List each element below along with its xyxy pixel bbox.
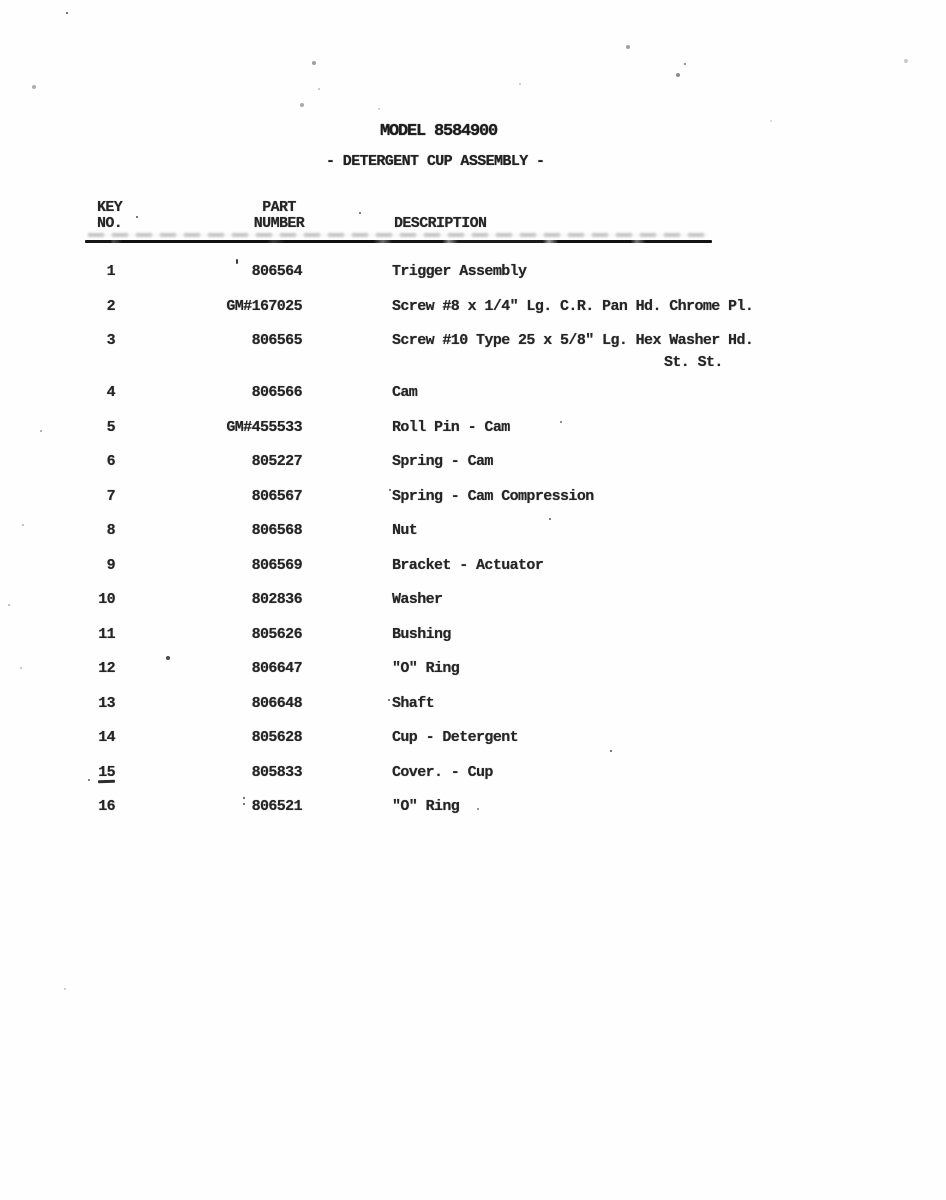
table-row: 4 806566 Cam: [0, 385, 946, 420]
part-number-cell: 806647: [115, 661, 302, 677]
description-cell: Bracket - Actuator: [392, 558, 543, 574]
document-page: MODEL 8584900 - DETERGENT CUP ASSEMBLY -…: [0, 0, 946, 1200]
description-cell: Nut: [392, 523, 417, 539]
description-cell: Cam: [392, 385, 417, 401]
table-row: 1 806564 Trigger Assembly: [0, 264, 946, 299]
key-number-cell: 11: [0, 627, 115, 643]
column-header-description: DESCRIPTION: [394, 215, 486, 232]
column-header-key-no: KEY NO.: [97, 200, 122, 231]
part-number-cell: 806648: [115, 696, 302, 712]
description-cell: "O" Ring: [392, 661, 459, 677]
key-number-cell: 15: [0, 765, 115, 781]
header-key-line1: KEY: [97, 200, 122, 216]
description-cell: Spring - Cam: [392, 454, 493, 470]
table-row: 12 806647 "O" Ring: [0, 661, 946, 696]
key-number-cell: 16: [0, 799, 115, 815]
part-number-cell: 805626: [115, 627, 302, 643]
part-number-cell: 806566: [115, 385, 302, 401]
table-row: 11 805626 Bushing: [0, 627, 946, 662]
table-row: 3 806565 Screw #10 Type 25 x 5/8" Lg. He…: [0, 333, 946, 385]
key-number-cell: 3: [0, 333, 115, 349]
part-number-cell: 806569: [115, 558, 302, 574]
key-number-cell: 2: [0, 299, 115, 315]
description-cell: Cup - Detergent: [392, 730, 518, 746]
table-row: 6 805227 Spring - Cam: [0, 454, 946, 489]
key-number-cell: 10: [0, 592, 115, 608]
header-part-line1: PART: [247, 200, 311, 216]
description-line1: Screw #10 Type 25 x 5/8" Lg. Hex Washer …: [392, 332, 753, 349]
table-row: 15 805833 Cover. - Cup: [0, 765, 946, 800]
description-cell: Spring - Cam Compression: [392, 489, 594, 505]
description-cell: Roll Pin - Cam: [392, 420, 510, 436]
table-row: 10 802836 Washer: [0, 592, 946, 627]
table-row: 14 805628 Cup - Detergent: [0, 730, 946, 765]
scan-tick-mark: [236, 259, 238, 264]
part-number-cell: 805628: [115, 730, 302, 746]
description-line2: St. St.: [664, 355, 753, 371]
description-cell: Shaft: [392, 696, 434, 712]
part-number-cell: GM#455533: [115, 420, 302, 436]
description-cell: Cover. - Cup: [392, 765, 493, 781]
header-rule-smudge: [88, 233, 708, 237]
key-number-cell: 9: [0, 558, 115, 574]
key-number-cell: 6: [0, 454, 115, 470]
description-cell: Screw #10 Type 25 x 5/8" Lg. Hex Washer …: [392, 333, 753, 371]
key-number-cell: 4: [0, 385, 115, 401]
table-row: 2 GM#167025 Screw #8 x 1/4" Lg. C.R. Pan…: [0, 299, 946, 334]
key-number-cell: 1: [0, 264, 115, 280]
key-number-cell: 8: [0, 523, 115, 539]
part-number-cell: 806567: [115, 489, 302, 505]
part-number-cell: 805227: [115, 454, 302, 470]
key-number-cell: 7: [0, 489, 115, 505]
key-number-cell: 12: [0, 661, 115, 677]
header-part-line2: NUMBER: [247, 216, 311, 232]
column-header-part-number: PART NUMBER: [247, 200, 311, 231]
page-subtitle: - DETERGENT CUP ASSEMBLY -: [326, 153, 544, 170]
header-key-line2: NO.: [97, 216, 122, 232]
scan-noise-specks: [0, 0, 2, 2]
key-number-cell: 5: [0, 420, 115, 436]
table-row: 8 806568 Nut: [0, 523, 946, 558]
key-number-cell: 14: [0, 730, 115, 746]
key-number-cell: 13: [0, 696, 115, 712]
part-number-cell: GM#167025: [115, 299, 302, 315]
table-row: 13 806648 Shaft: [0, 696, 946, 731]
part-number-cell: 806521: [115, 799, 302, 815]
table-row: 5 GM#455533 Roll Pin - Cam: [0, 420, 946, 455]
page-title: MODEL 8584900: [380, 122, 497, 141]
table-row: 9 806569 Bracket - Actuator: [0, 558, 946, 593]
part-number-cell: 806568: [115, 523, 302, 539]
part-number-cell: 806565: [115, 333, 302, 349]
description-cell: Trigger Assembly: [392, 264, 526, 280]
part-number-cell: 802836: [115, 592, 302, 608]
description-cell: Bushing: [392, 627, 451, 643]
table-row: 7 806567 Spring - Cam Compression: [0, 489, 946, 524]
description-cell: "O" Ring: [392, 799, 459, 815]
parts-table: 1 806564 Trigger Assembly 2 GM#167025 Sc…: [0, 264, 946, 834]
description-cell: Washer: [392, 592, 442, 608]
part-number-cell: 806564: [115, 264, 302, 280]
part-number-cell: 805833: [115, 765, 302, 781]
description-cell: Screw #8 x 1/4" Lg. C.R. Pan Hd. Chrome …: [392, 299, 753, 315]
header-rule: [85, 240, 712, 243]
table-row: 16 806521 "O" Ring: [0, 799, 946, 834]
